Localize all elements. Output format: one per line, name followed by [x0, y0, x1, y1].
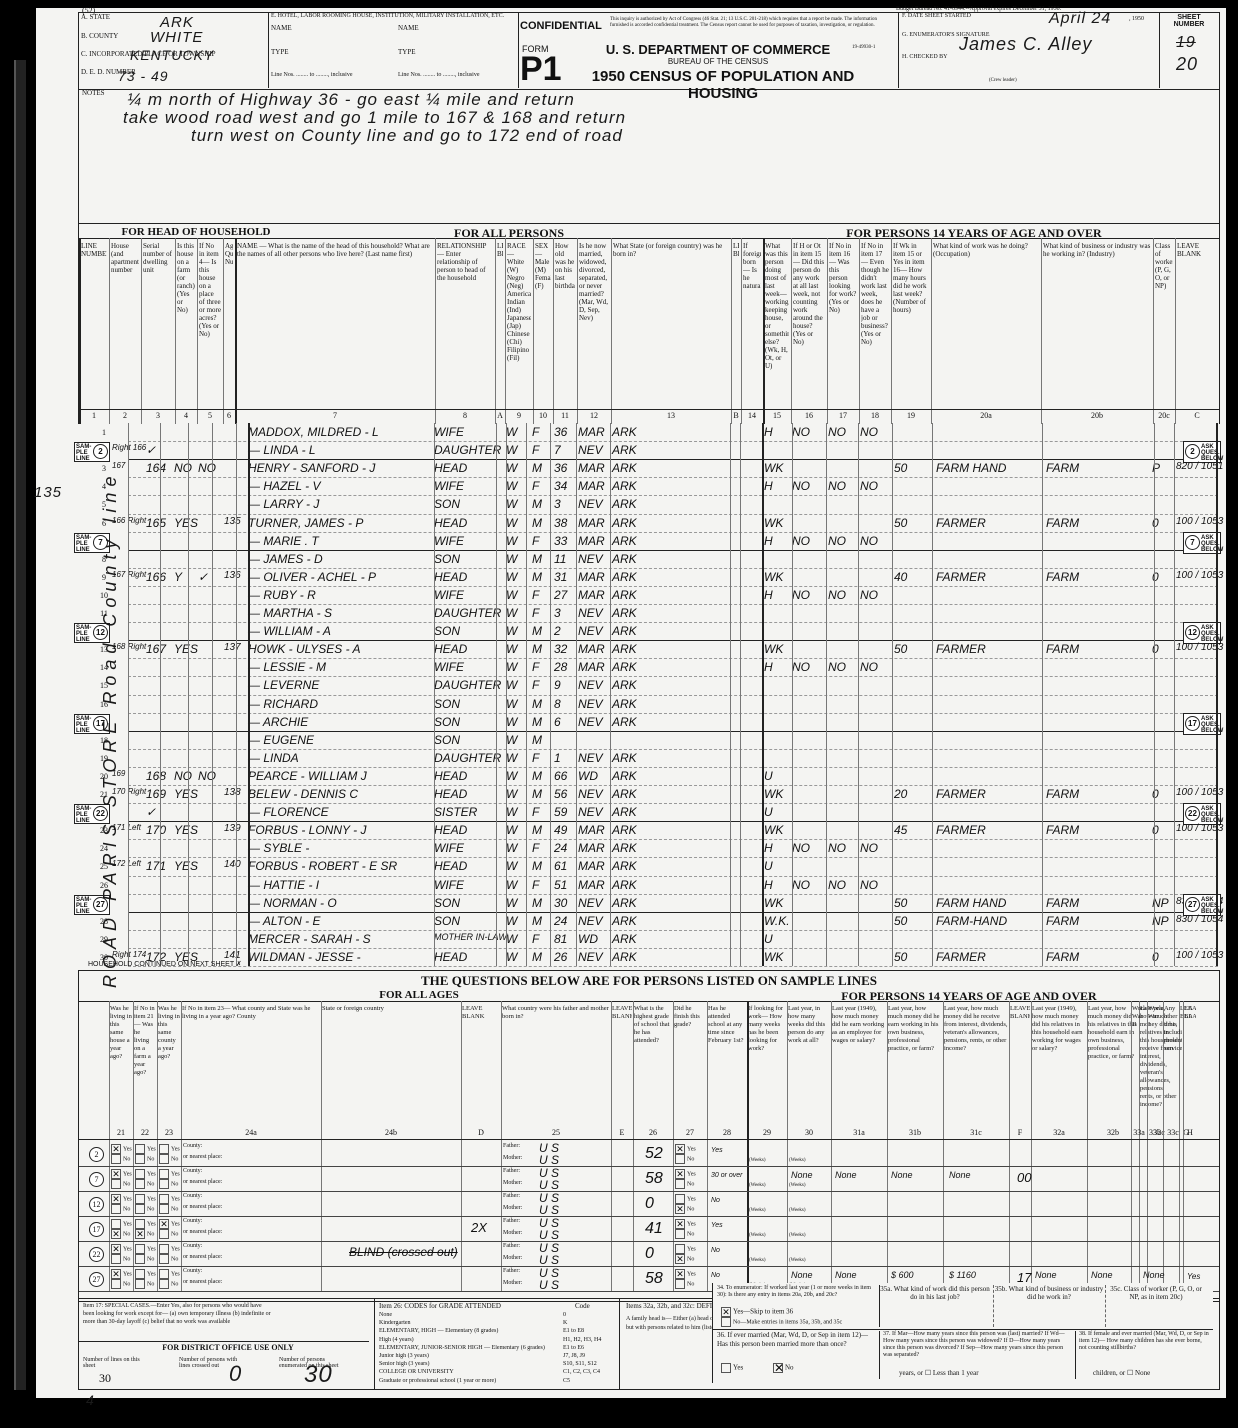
q23-no-checkbox[interactable]	[159, 1154, 169, 1164]
q21-no-checkbox[interactable]	[111, 1279, 121, 1289]
q22-yes-option[interactable]: Yes	[135, 1144, 156, 1154]
bottom-col-header-text: If No in item 23— What county and State …	[182, 1005, 320, 1125]
cell-sex: F	[532, 479, 539, 493]
column-divider	[212, 423, 213, 966]
column-divider	[496, 423, 497, 966]
cell-name: FORBUS - ROBERT - E SR	[248, 859, 397, 873]
grade-code-value: C5	[563, 1378, 570, 1384]
q27-no-option[interactable]: ✕No	[675, 1204, 694, 1214]
sample-tag-label: SAM- PLE LINE	[75, 805, 91, 825]
cell-sex: M	[532, 950, 542, 964]
bottom-col-number: 24a	[181, 1129, 321, 1137]
cell-agq: 139	[224, 823, 241, 834]
q22-no-option[interactable]: No	[135, 1154, 154, 1164]
cell-marital: NEV	[578, 914, 603, 928]
q23-yes-checkbox[interactable]: ✕	[159, 1219, 169, 1229]
bottom-col-number: 27	[673, 1129, 707, 1137]
checkbox-label: Yes	[147, 1146, 156, 1152]
cell-name: — LEVERNE	[248, 678, 319, 692]
grade-code-label: Kindergarten	[379, 1320, 559, 1326]
q22-yes-option[interactable]: Yes	[135, 1194, 156, 1204]
bottom-col-header-text: LEAVE BLANK	[1010, 1005, 1030, 1125]
checkbox-label: Yes	[171, 1271, 180, 1277]
cell-q17: NO	[828, 588, 846, 602]
cell-race: W	[506, 588, 517, 602]
cell-q16: NO	[792, 841, 810, 855]
cell-hours: 50	[894, 896, 907, 910]
mother-label: Mother:	[503, 1180, 522, 1186]
sample-cell-q31a: None	[835, 1170, 857, 1180]
cell-q17: NO	[828, 660, 846, 674]
cell-activity: U	[764, 932, 773, 946]
county-field-label: County:	[183, 1193, 202, 1199]
q22-yes-checkbox[interactable]	[135, 1269, 145, 1279]
cell-serial: 166	[146, 570, 166, 584]
bottom-col-number: 31b	[887, 1129, 943, 1137]
top-col-number: 19	[891, 412, 931, 420]
q23-yes-option[interactable]: Yes	[159, 1269, 180, 1279]
column-divider	[1216, 423, 1218, 966]
q21-no-option[interactable]: ✕No	[111, 1229, 130, 1239]
q22-no-checkbox[interactable]	[135, 1204, 145, 1214]
sample-cell-q30: None	[791, 1170, 813, 1180]
q36-yes-checkbox[interactable]	[721, 1363, 731, 1373]
q22-no-option[interactable]: No	[135, 1204, 154, 1214]
q23-no-checkbox[interactable]	[159, 1254, 169, 1264]
grade-code-label: ELEMENTARY, JUNIOR-SENIOR HIGH — Element…	[379, 1345, 559, 1351]
cell-name: — LINDA - L	[248, 443, 316, 457]
checkbox-label: No	[171, 1281, 178, 1287]
q22-yes-option[interactable]: Yes	[135, 1169, 156, 1179]
bottom-col-header-text: LEAVE BLANK	[462, 1005, 500, 1125]
cell-rel: WIFE	[434, 588, 464, 602]
ask-label: ASK QUES. BELOW	[1201, 535, 1217, 553]
q21-yes-checkbox[interactable]: ✕	[111, 1269, 121, 1279]
checkbox-label: Yes	[123, 1146, 132, 1152]
row-divider	[128, 622, 1218, 623]
q27-no-checkbox[interactable]	[675, 1154, 685, 1164]
cell-rel: SON	[434, 552, 460, 566]
sample-cell-q31a: None	[835, 1270, 857, 1280]
q22-yes-checkbox[interactable]	[135, 1169, 145, 1179]
q21-yes-option[interactable]: ✕Yes	[111, 1144, 132, 1154]
q36-no[interactable]: ✕No	[773, 1363, 794, 1373]
sample-cell-q32c: None	[1143, 1270, 1165, 1280]
weeks-label: (Weeks)	[789, 1158, 806, 1163]
cell-birthplace: ARK	[612, 805, 637, 819]
cell-rel: WIFE	[434, 841, 464, 855]
q23-no-option[interactable]: No	[159, 1204, 178, 1214]
q23-no-checkbox[interactable]	[159, 1279, 169, 1289]
q22-yes-option[interactable]: Yes	[135, 1244, 156, 1254]
cell-marital: MAR	[578, 516, 605, 530]
q27-yes-option[interactable]: Yes	[675, 1244, 696, 1254]
cell-birthplace: ARK	[612, 823, 637, 837]
cell-race: W	[506, 461, 517, 475]
cell-farm: Y	[174, 570, 182, 584]
q27-yes-checkbox[interactable]	[675, 1244, 685, 1254]
mother-label: Mother:	[503, 1230, 522, 1236]
sample-cell-grade: 58	[645, 1270, 663, 1288]
q34-yes-checkbox[interactable]: ✕	[721, 1307, 731, 1317]
cell-marital: NEV	[578, 678, 603, 692]
cell-serial: 171	[146, 859, 166, 873]
cell-q16: NO	[792, 878, 810, 892]
checkbox-label: Yes	[123, 1221, 132, 1227]
form-id: 19-49930-1	[852, 45, 875, 50]
q27-yes-checkbox[interactable]: ✕	[675, 1144, 685, 1154]
cell-acres: NO	[198, 461, 216, 475]
cell-rel: HEAD	[434, 859, 467, 873]
cell-q18: NO	[860, 588, 878, 602]
row-divider	[128, 713, 1218, 714]
q27-no-checkbox[interactable]: ✕	[675, 1204, 685, 1214]
q21-no-checkbox[interactable]	[111, 1204, 121, 1214]
cell-q17: NO	[828, 534, 846, 548]
cell-farm: YES	[174, 823, 198, 837]
cell-age: 26	[554, 950, 567, 964]
q21-yes-checkbox[interactable]: ✕	[111, 1144, 121, 1154]
cell-farm: YES	[174, 787, 198, 801]
q23-yes-checkbox[interactable]	[159, 1269, 169, 1279]
q23-no-option[interactable]: No	[159, 1229, 178, 1239]
checkbox-label: Yes	[147, 1246, 156, 1252]
cell-activity: H	[764, 479, 773, 493]
q35c-text: 35c. Class of worker (P, G, O, or NP, as…	[1105, 1285, 1206, 1327]
q21-yes-option[interactable]: ✕Yes	[111, 1169, 132, 1179]
q22-yes-option[interactable]: Yes	[135, 1219, 156, 1229]
father-label: Father:	[503, 1168, 520, 1174]
q34-yes-label: Yes—Skip to item 36	[733, 1308, 793, 1316]
hotel-block: e. HOTEL, LABOR ROOMING HOUSE, INSTITUTI…	[268, 12, 519, 88]
q23-yes-checkbox[interactable]	[159, 1169, 169, 1179]
q23-no-option[interactable]: No	[159, 1154, 178, 1164]
cell-industry: FARM	[1046, 787, 1079, 801]
column-divider	[892, 423, 893, 966]
q23-yes-option[interactable]: Yes	[159, 1194, 180, 1204]
row-divider	[128, 839, 1218, 840]
row-divider	[128, 785, 1218, 786]
department-name: U. S. DEPARTMENT OF COMMERCE	[598, 42, 838, 57]
q21-no-option[interactable]: No	[111, 1279, 130, 1289]
q21-yes-checkbox[interactable]: ✕	[111, 1194, 121, 1204]
section-all-ages: FOR ALL AGES	[109, 989, 729, 1001]
nearest-place-label: or nearest place:	[183, 1179, 222, 1185]
bottom-col-header-text: LEAVE BLANK	[1184, 1005, 1196, 1125]
cell-rel: WIFE	[434, 660, 464, 674]
q22-no-checkbox[interactable]	[135, 1279, 145, 1289]
q27-yes-option[interactable]: ✕Yes	[675, 1169, 696, 1179]
cell-rel: SON	[434, 715, 460, 729]
cell-age: 27	[554, 588, 567, 602]
checkbox-label: No	[687, 1231, 694, 1237]
q34-no-checkbox[interactable]	[721, 1317, 731, 1327]
ed-value: 73 - 49	[118, 68, 169, 84]
bottom-col-number: 23	[157, 1129, 181, 1137]
cell-marital: NEV	[578, 805, 603, 819]
cell-sex: M	[532, 787, 542, 801]
q21-yes-option[interactable]: ✕Yes	[111, 1269, 132, 1279]
cell-industry: FARM	[1046, 516, 1079, 530]
q23-no-option[interactable]: No	[159, 1279, 178, 1289]
sample-cell-q24b: BLIND (crossed out)	[349, 1245, 458, 1259]
q28-answer: No	[711, 1197, 720, 1204]
q23-no-checkbox[interactable]	[159, 1229, 169, 1239]
margin-route-text: ROAD PARIS STORE Road County line	[100, 471, 121, 988]
cell-age: 31	[554, 570, 567, 584]
top-col-header-text: LEAVE BLANK	[733, 242, 739, 402]
q21-no-checkbox[interactable]	[111, 1179, 121, 1189]
cell-race: W	[506, 841, 517, 855]
bottom-col-number: D	[461, 1129, 501, 1137]
row-divider	[128, 459, 1218, 460]
q21-yes-checkbox[interactable]: ✕	[111, 1169, 121, 1179]
cell-marital: NEV	[578, 497, 603, 511]
q27-no-checkbox[interactable]	[675, 1279, 685, 1289]
nearest-place-label: or nearest place:	[183, 1154, 222, 1160]
q27-no-checkbox[interactable]: ✕	[675, 1254, 685, 1264]
cell-cls: 0	[1152, 570, 1159, 584]
bottom-column-divider	[887, 1001, 888, 1291]
cell-age: 2	[554, 624, 561, 638]
q21-no-option[interactable]: No	[111, 1154, 130, 1164]
cell-hours: 45	[894, 823, 907, 837]
q27-yes-option[interactable]: ✕Yes	[675, 1144, 696, 1154]
hotel-label: e. HOTEL, LABOR ROOMING HOUSE, INSTITUTI…	[271, 13, 521, 19]
sample-row-line-number: 17	[89, 1222, 104, 1237]
bottom-column-divider	[747, 1001, 749, 1291]
column-divider	[526, 423, 527, 966]
top-col-header-text: SEX — Male (M) Female (F)	[535, 242, 551, 402]
bottom-column-divider	[831, 1001, 832, 1291]
checkbox-label: No	[687, 1256, 694, 1262]
q27-no-option[interactable]: No	[675, 1229, 694, 1239]
q22-yes-checkbox[interactable]	[135, 1194, 145, 1204]
cell-farm: NO	[174, 461, 192, 475]
q23-no-checkbox[interactable]	[159, 1204, 169, 1214]
cell-activity: U	[764, 769, 773, 783]
q23-no-option[interactable]: No	[159, 1254, 178, 1264]
weeks-label: (Weeks)	[789, 1233, 806, 1238]
top-col-header-text: If No in item 17— Even though he didn't …	[861, 242, 889, 402]
cell-race: W	[506, 516, 517, 530]
cell-race: W	[506, 570, 517, 584]
top-col-number: 8	[435, 412, 495, 420]
crew-leader-label: (Crew leader)	[989, 78, 1017, 83]
q22-yes-option[interactable]: Yes	[135, 1269, 156, 1279]
row-divider	[128, 731, 1218, 732]
q34-yes[interactable]: ✕Yes—Skip to item 36	[721, 1307, 793, 1317]
cell-age: 34	[554, 479, 567, 493]
q21-no-checkbox[interactable]	[111, 1254, 121, 1264]
q27-yes-option[interactable]: ✕Yes	[675, 1269, 696, 1279]
q21-no-option[interactable]: No	[111, 1254, 130, 1264]
q22-no-option[interactable]: No	[135, 1254, 154, 1264]
q27-yes-checkbox[interactable]	[675, 1194, 685, 1204]
q23-yes-option[interactable]: ✕Yes	[159, 1219, 180, 1229]
cell-agq: 140	[224, 859, 241, 870]
q22-no-option[interactable]: No	[135, 1279, 154, 1289]
q27-yes-option[interactable]: Yes	[675, 1194, 696, 1204]
q22-no-checkbox[interactable]: ✕	[135, 1229, 145, 1239]
q23-yes-option[interactable]: Yes	[159, 1169, 180, 1179]
q27-no-checkbox[interactable]	[675, 1229, 685, 1239]
cell-birthplace: ARK	[612, 624, 637, 638]
confidential-label: CONFIDENTIAL	[520, 20, 602, 32]
q23-yes-option[interactable]: Yes	[159, 1144, 180, 1154]
column-divider	[506, 423, 507, 966]
cell-marital: MAR	[578, 570, 605, 584]
top-col-number: 20b	[1041, 412, 1153, 420]
date-value: April 24	[1049, 10, 1111, 28]
column-divider	[248, 423, 250, 966]
cell-house: 167	[112, 461, 125, 470]
row-divider	[128, 948, 1218, 949]
row-divider	[128, 894, 1218, 895]
cell-birthplace: ARK	[612, 715, 637, 729]
cell-marital: NEV	[578, 624, 603, 638]
q21-yes-option[interactable]: ✕Yes	[111, 1194, 132, 1204]
note-line-2: take wood road west and go 1 mile to 167…	[123, 108, 626, 128]
top-col-number: 17	[827, 412, 859, 420]
bottom-column-divider	[461, 1001, 462, 1291]
cell-name: — HAZEL - V	[248, 479, 320, 493]
cell-age: 66	[554, 769, 567, 783]
cell-industry: FARM	[1046, 570, 1079, 584]
q22-yes-checkbox[interactable]	[135, 1144, 145, 1154]
q23-yes-checkbox[interactable]	[159, 1244, 169, 1254]
q27-no-option[interactable]: ✕No	[675, 1254, 694, 1264]
grade-codes-head: Code	[575, 1302, 590, 1310]
q21-yes-checkbox[interactable]: ✕	[111, 1244, 121, 1254]
bottom-col-header-text: Last year, how much money did he receive…	[944, 1005, 1008, 1125]
nearest-place-label: or nearest place:	[183, 1204, 222, 1210]
q21-no-option[interactable]: No	[111, 1204, 130, 1214]
scanner-edge	[0, 0, 36, 1428]
district-office-title: FOR DISTRICT OFFICE USE ONLY	[83, 1343, 373, 1352]
cell-name: — ARCHIE	[248, 715, 308, 729]
cell-industry: FARM	[1046, 461, 1079, 475]
top-col-header-text: RELATIONSHIP — Enter relationship of per…	[437, 242, 493, 402]
sheet-number-label: SHEET NUMBER	[1164, 14, 1214, 28]
cell-marital: MAR	[578, 642, 605, 656]
ask-label: ASK QUES. BELOW	[1201, 897, 1217, 915]
q23-no-option[interactable]: No	[159, 1179, 178, 1189]
cell-agq: 135	[224, 516, 241, 527]
cell-acres: NO	[198, 769, 216, 783]
q22-no-checkbox[interactable]	[135, 1154, 145, 1164]
cell-birthplace: ARK	[612, 932, 637, 946]
sample-cell-q33a: Yes	[1187, 1272, 1200, 1281]
cell-race: W	[506, 805, 517, 819]
q34-no[interactable]: No—Make entries in items 35a, 35b, and 3…	[721, 1317, 842, 1327]
grade-codes-title: Item 26: CODES for GRADE ATTENDED	[379, 1302, 501, 1310]
confidential-text: This inquiry is authorized by Act of Con…	[610, 17, 890, 29]
q27-no-option[interactable]: No	[675, 1279, 694, 1289]
cell-age: 51	[554, 878, 567, 892]
checked-by-label: h. CHECKED BY	[902, 54, 948, 60]
state-label: a. STATE	[81, 13, 110, 21]
q21-no-checkbox[interactable]: ✕	[111, 1229, 121, 1239]
q21-yes-option[interactable]: Yes	[111, 1219, 132, 1229]
bottom-col-number: 25	[501, 1129, 611, 1137]
weeks-label: (Weeks)	[749, 1208, 766, 1213]
row-divider	[128, 532, 1218, 533]
cell-serial: 165	[146, 516, 166, 530]
cell-sex: F	[532, 878, 539, 892]
q22-no-option[interactable]: ✕No	[135, 1229, 154, 1239]
checkbox-label: No	[171, 1156, 178, 1162]
q36-no-checkbox[interactable]: ✕	[773, 1363, 783, 1373]
cell-industry: FARM	[1046, 823, 1079, 837]
bottom-col-header-text: Last year, how much money did he earn wo…	[888, 1005, 942, 1125]
q27-yes-checkbox[interactable]: ✕	[675, 1269, 685, 1279]
q22-no-option[interactable]: No	[135, 1179, 154, 1189]
cell-age: 3	[554, 606, 561, 620]
cell-name: — LESSIE - M	[248, 660, 326, 674]
father-label: Father:	[503, 1243, 520, 1249]
q21-yes-option[interactable]: ✕Yes	[111, 1244, 132, 1254]
cell-sex: M	[532, 570, 542, 584]
sample-row-line-number: 22	[89, 1247, 104, 1262]
cell-marital: MAR	[578, 878, 605, 892]
cell-sex: F	[532, 606, 539, 620]
row-divider	[128, 477, 1218, 478]
district-field-1-label: Number of lines on this sheet	[83, 1357, 153, 1369]
q27-yes-checkbox[interactable]: ✕	[675, 1169, 685, 1179]
row-divider	[128, 695, 1218, 696]
q27-no-checkbox[interactable]	[675, 1179, 685, 1189]
cell-birthplace: ARK	[612, 841, 637, 855]
cell-activity: WK	[764, 823, 783, 837]
q27-no-option[interactable]: No	[675, 1154, 694, 1164]
q23-yes-option[interactable]: Yes	[159, 1244, 180, 1254]
q23-no-checkbox[interactable]	[159, 1179, 169, 1189]
q23-yes-checkbox[interactable]	[159, 1144, 169, 1154]
cell-sex: M	[532, 624, 542, 638]
top-col-number: 6	[223, 412, 235, 420]
q23-yes-checkbox[interactable]	[159, 1194, 169, 1204]
q27-yes-checkbox[interactable]: ✕	[675, 1219, 685, 1229]
cell-activity: H	[764, 878, 773, 892]
q37-tail: years, or ☐ Less than 1 year	[899, 1369, 979, 1377]
q27-yes-option[interactable]: ✕Yes	[675, 1219, 696, 1229]
cell-serial: ✓	[146, 443, 156, 457]
q21-no-option[interactable]: No	[111, 1179, 130, 1189]
cell-race: W	[506, 751, 517, 765]
q22-yes-checkbox[interactable]	[135, 1244, 145, 1254]
q22-no-checkbox[interactable]	[135, 1254, 145, 1264]
cell-sex: M	[532, 715, 542, 729]
sample-tag-label: SAM- PLE LINE	[75, 715, 91, 735]
note-line-3: turn west on County line and go to 172 e…	[191, 126, 623, 146]
cell-activity: WK	[764, 950, 783, 964]
cell-rel: SON	[434, 497, 460, 511]
q36-yes[interactable]: Yes	[721, 1363, 743, 1373]
column-divider	[128, 423, 129, 966]
q21-yes-checkbox[interactable]	[111, 1219, 121, 1229]
sample-cell-q31b: $ 600	[891, 1270, 914, 1280]
row-divider	[128, 586, 1218, 587]
q27-no-option[interactable]: No	[675, 1179, 694, 1189]
cell-q18: NO	[860, 841, 878, 855]
q22-yes-checkbox[interactable]	[135, 1219, 145, 1229]
q21-no-checkbox[interactable]	[111, 1154, 121, 1164]
weeks-label: (Weeks)	[789, 1258, 806, 1263]
q22-no-checkbox[interactable]	[135, 1179, 145, 1189]
cell-activity: H	[764, 841, 773, 855]
cell-race: W	[506, 425, 517, 439]
